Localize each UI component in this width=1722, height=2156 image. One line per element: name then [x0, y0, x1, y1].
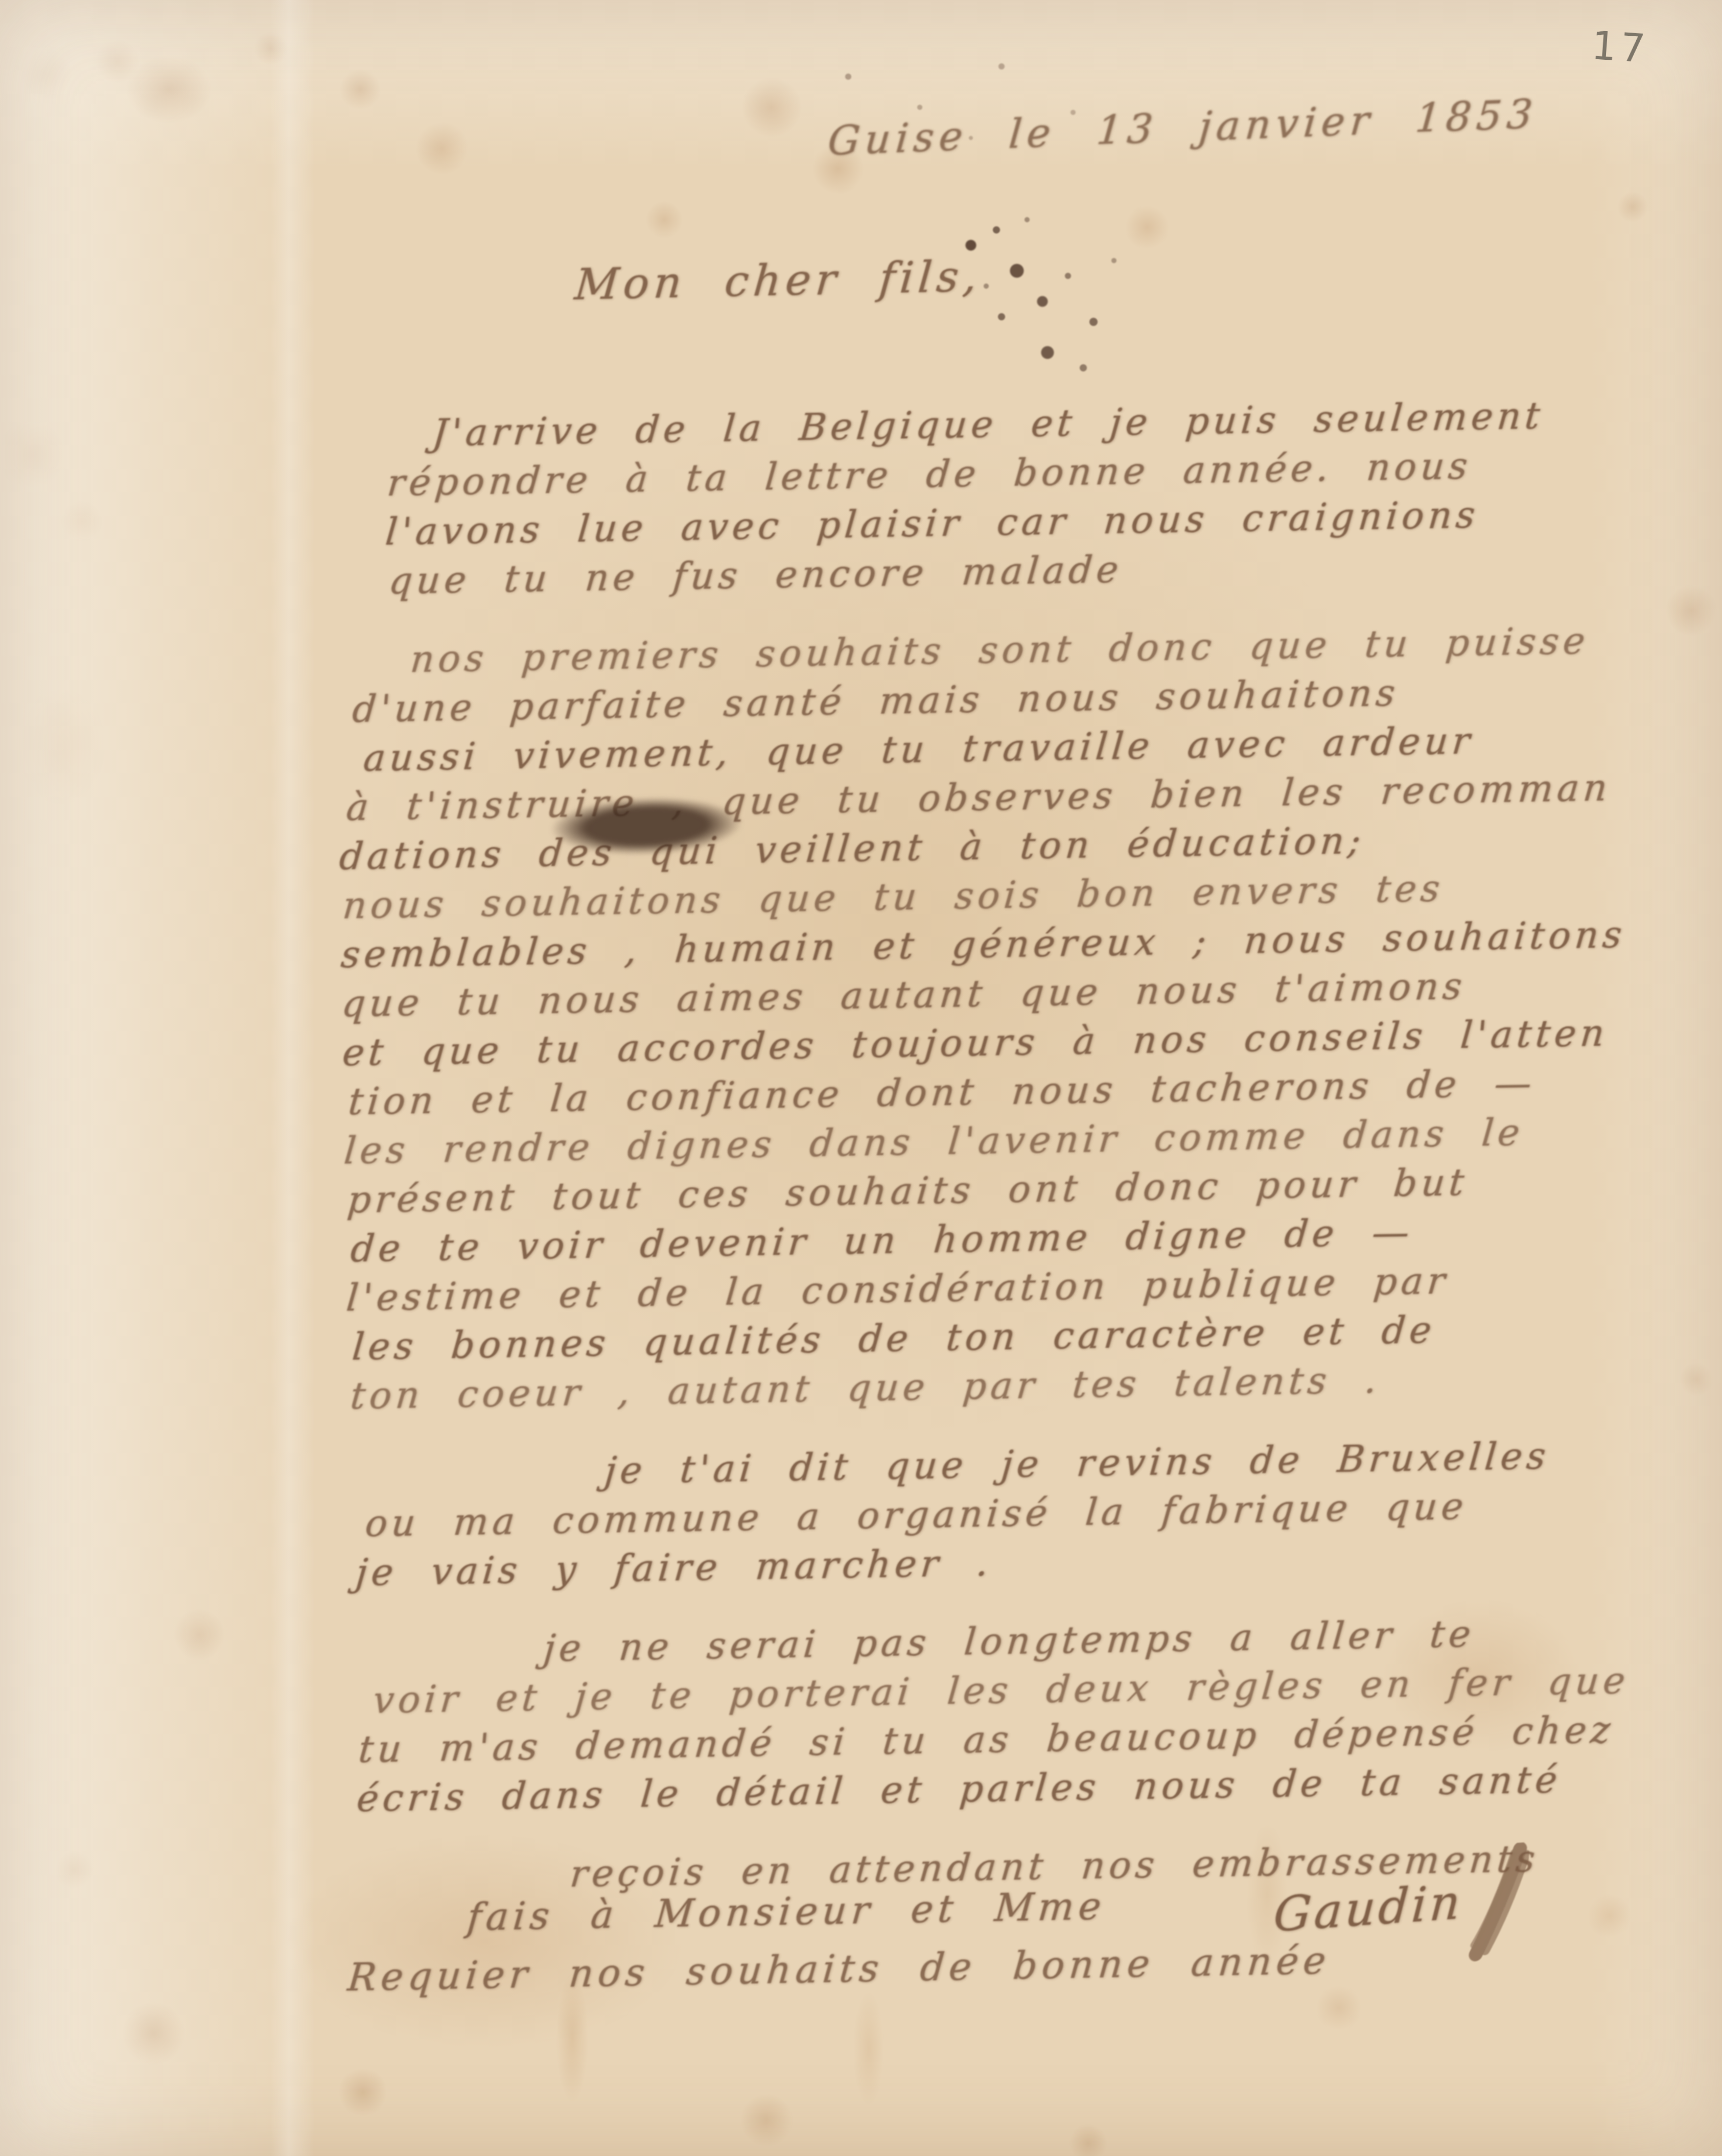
- ink-spatter: [940, 199, 1155, 393]
- salutation: Mon cher fils,: [573, 251, 984, 310]
- ink-spatter: [787, 36, 1145, 158]
- scratched-out-word: [551, 795, 742, 858]
- letter-page: 17 Guise le 13 janvier 1853 Mon cher fil…: [0, 0, 1722, 2156]
- signature-name: Gaudin: [1272, 1874, 1465, 1943]
- closing-second-line: Requier nos souhaits de bonne année: [346, 1932, 1705, 2000]
- letter-body: J'arrive de la Belgique et je puis seule…: [332, 359, 1722, 1902]
- archival-page-number: 17: [1590, 22, 1651, 72]
